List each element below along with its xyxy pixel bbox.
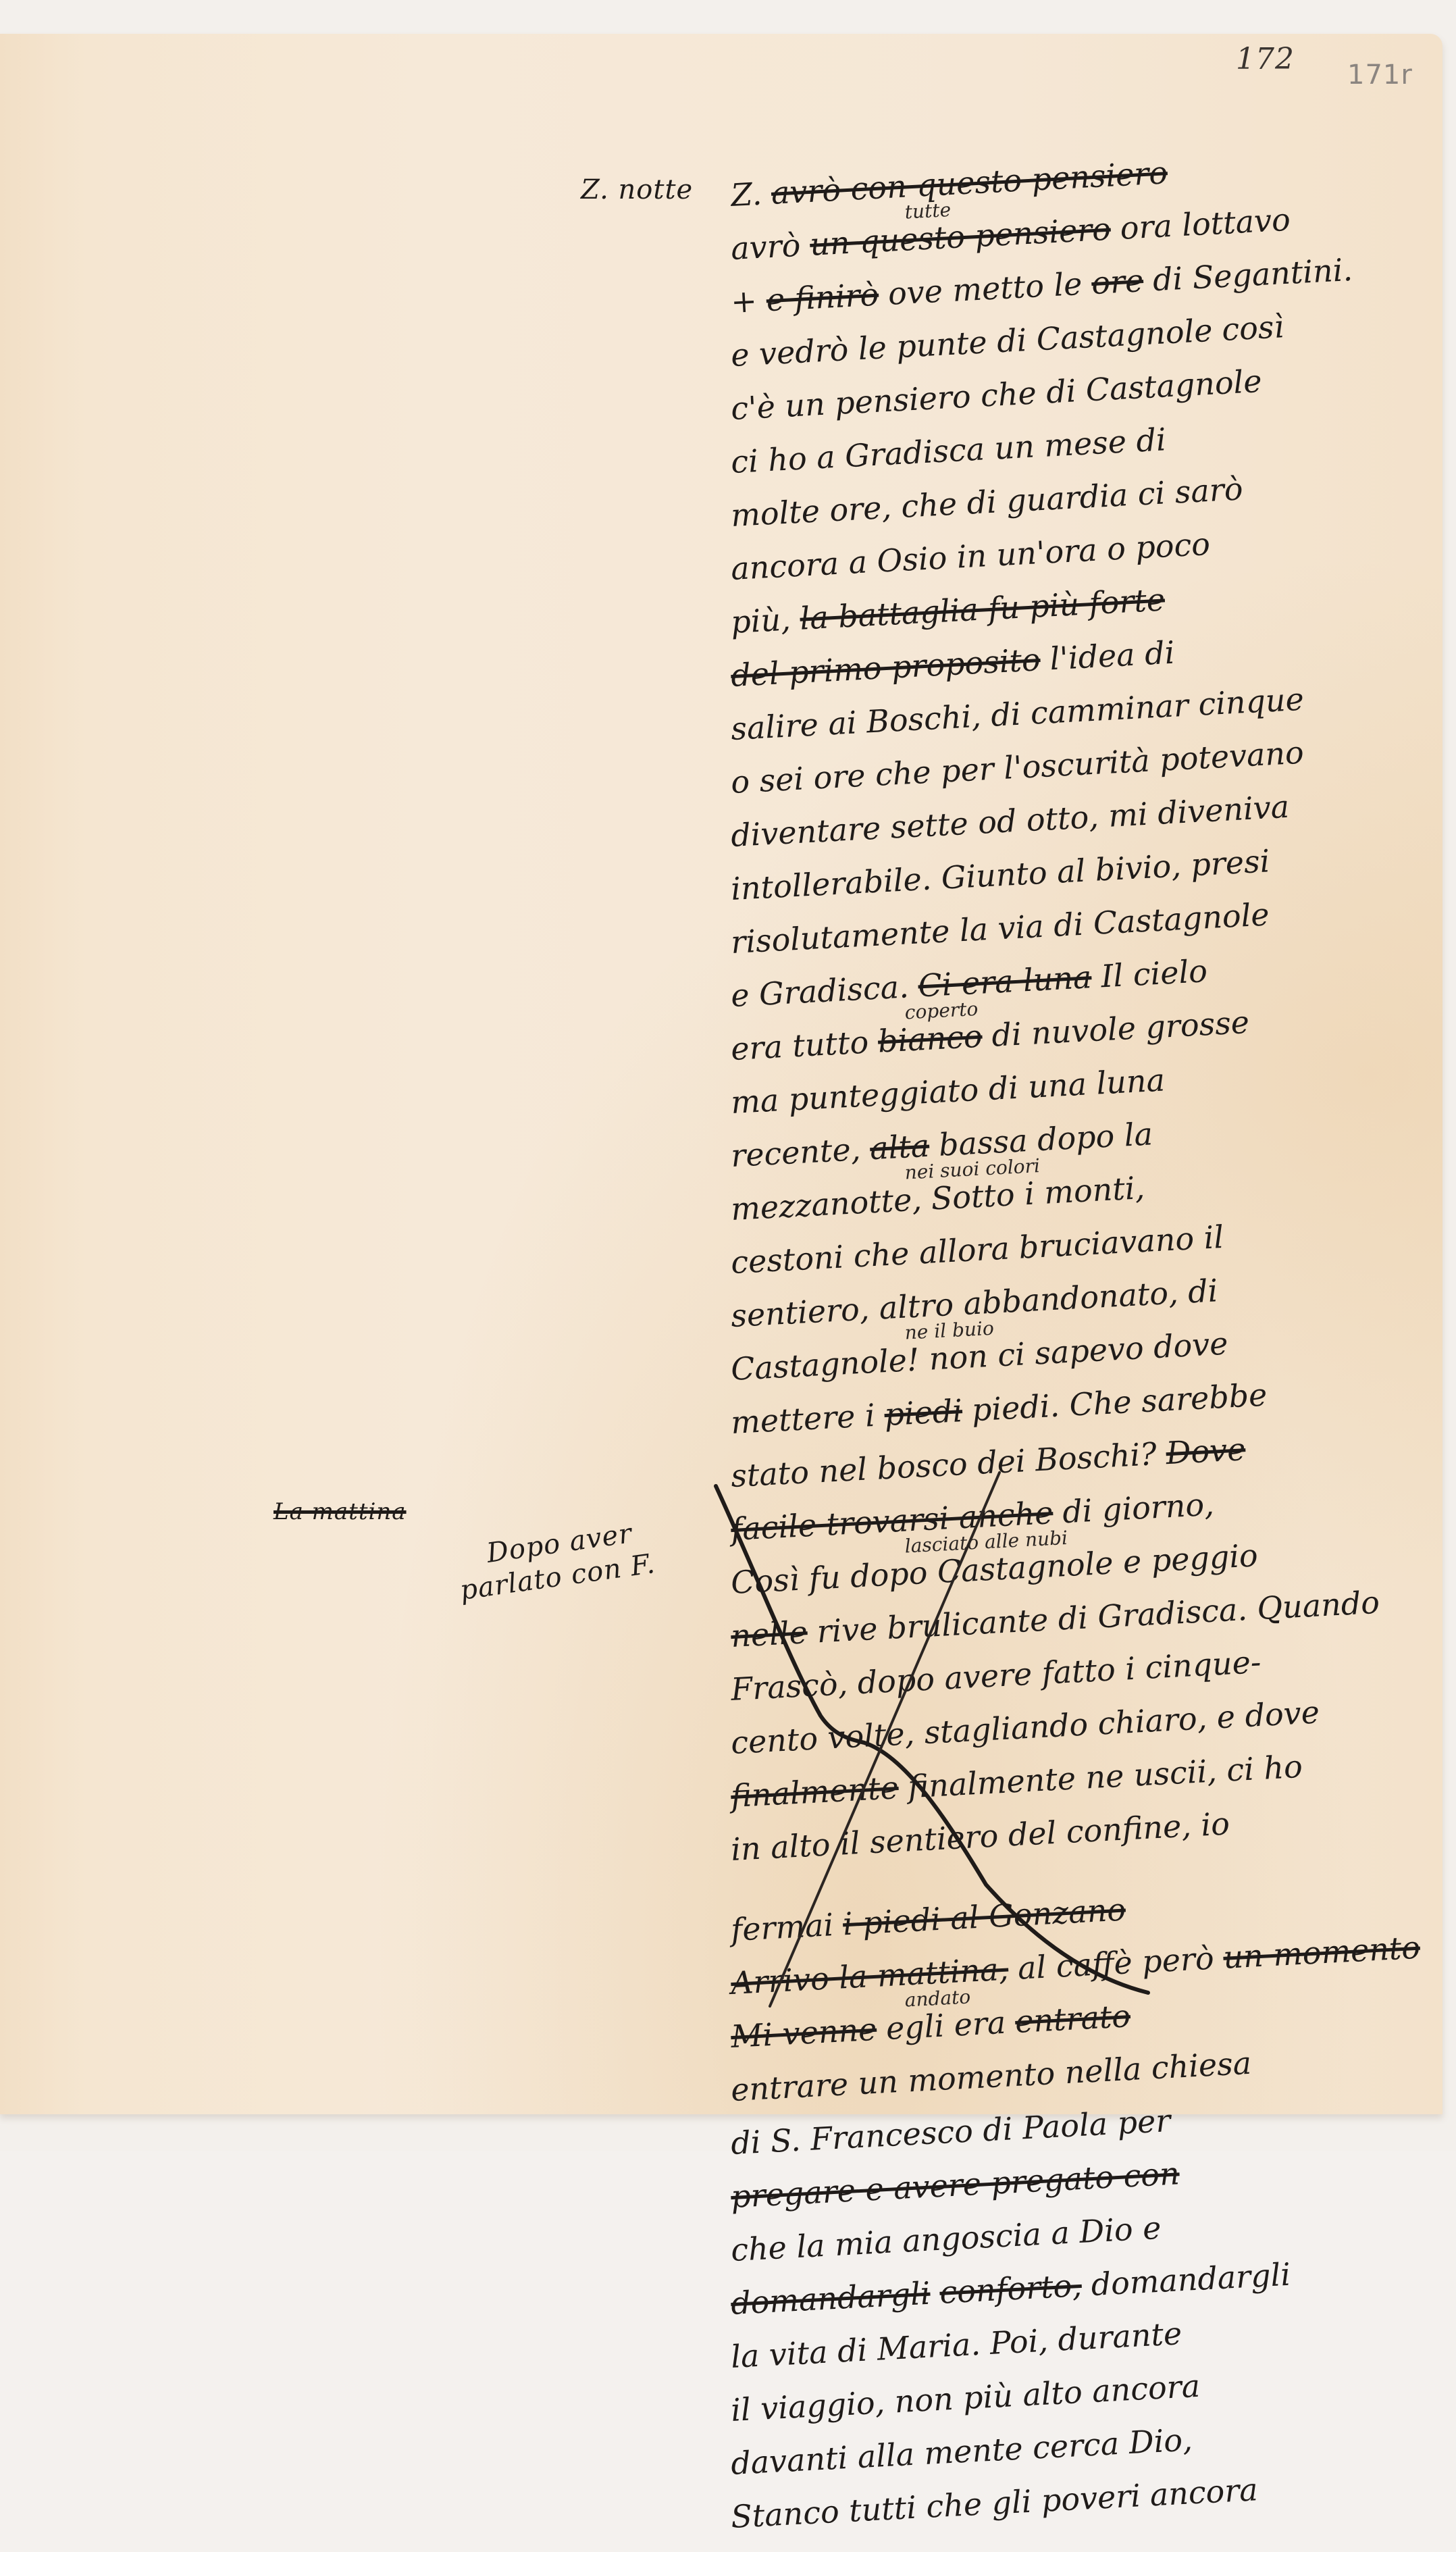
manuscript-body: Z.avrò con questo pensieroavròun questo …	[733, 177, 1435, 2151]
struck-text: finalmente	[730, 1769, 900, 1814]
line-text: era tutto	[730, 1023, 870, 1067]
margin-note-top: Z. notte	[581, 174, 693, 205]
struck-text: bianco	[877, 1018, 983, 1060]
interlinear-insertion: ne il buio	[904, 1317, 995, 1344]
line-text: di giorno,	[1062, 1486, 1215, 1531]
struck-text: i piedi al Gonzano	[842, 1891, 1127, 1942]
margin-note-struck: La mattina	[274, 1498, 407, 1525]
line-text: così	[1221, 308, 1284, 348]
line-text: più,	[730, 601, 791, 640]
struck-text: ore	[1091, 262, 1145, 301]
line-text: +	[730, 282, 758, 320]
struck-text: entrato	[1014, 1997, 1132, 2040]
line-text: recente,	[730, 1131, 862, 1174]
line-text: Z.	[730, 176, 763, 213]
line-text: mettere i	[730, 1397, 876, 1441]
line-text: egli era	[885, 2004, 1007, 2047]
struck-text: e finirò	[765, 276, 879, 319]
line-text: avrò	[730, 227, 802, 267]
line-text: l'idea di	[1049, 634, 1176, 678]
struck-text: Mi venne	[730, 2011, 878, 2055]
line-text: Il cielo	[1100, 952, 1208, 994]
folio-number-pencil: 171r	[1347, 59, 1413, 91]
folio-number-ink: 172	[1236, 42, 1295, 76]
struck-text: piedi	[883, 1392, 963, 1433]
interlinear-insertion: tutte	[904, 199, 952, 224]
interlinear-insertion: coperto	[904, 998, 979, 1024]
scan-background: 172 171r Z. notte La mattina Dopo aver p…	[0, 0, 1456, 2151]
struck-text: Dove	[1165, 1431, 1246, 1471]
line-text: fermai	[730, 1906, 835, 1948]
interlinear-insertion: andato	[904, 1985, 971, 2011]
struck-text: nelle	[730, 1614, 808, 1654]
line-text: rive	[816, 1610, 879, 1650]
